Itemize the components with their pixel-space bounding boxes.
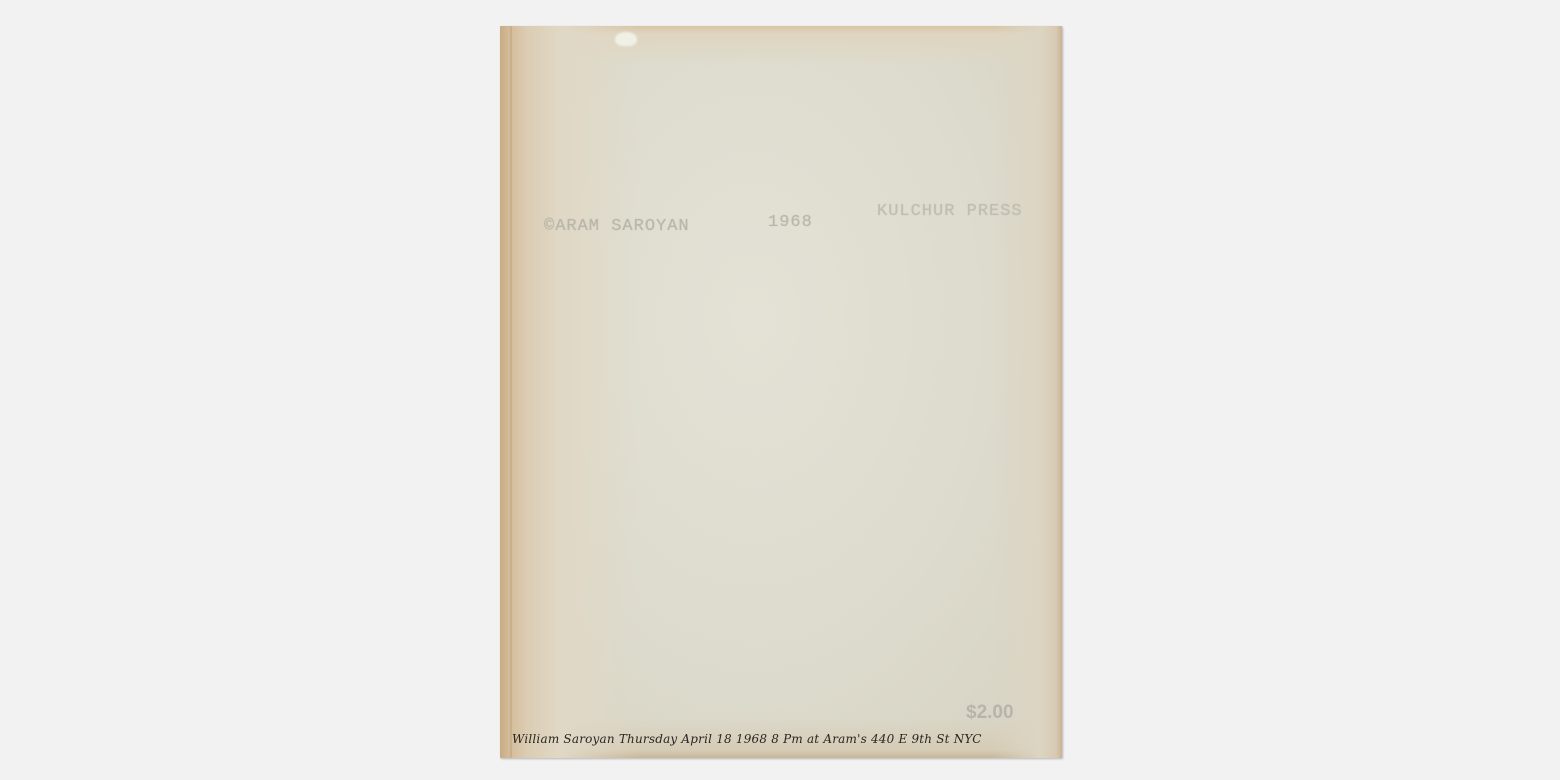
publisher-name: KULCHUR PRESS: [877, 202, 1023, 221]
copyright-author: ©ARAM SAROYAN: [544, 217, 690, 236]
handwritten-inscription: William Saroyan Thursday April 18 1968 8…: [512, 732, 982, 746]
price-label: $2.00: [966, 702, 1014, 724]
publication-year: 1968: [768, 213, 813, 232]
book-back-cover: ©ARAM SAROYAN 1968 KULCHUR PRESS $2.00 W…: [500, 26, 1062, 758]
